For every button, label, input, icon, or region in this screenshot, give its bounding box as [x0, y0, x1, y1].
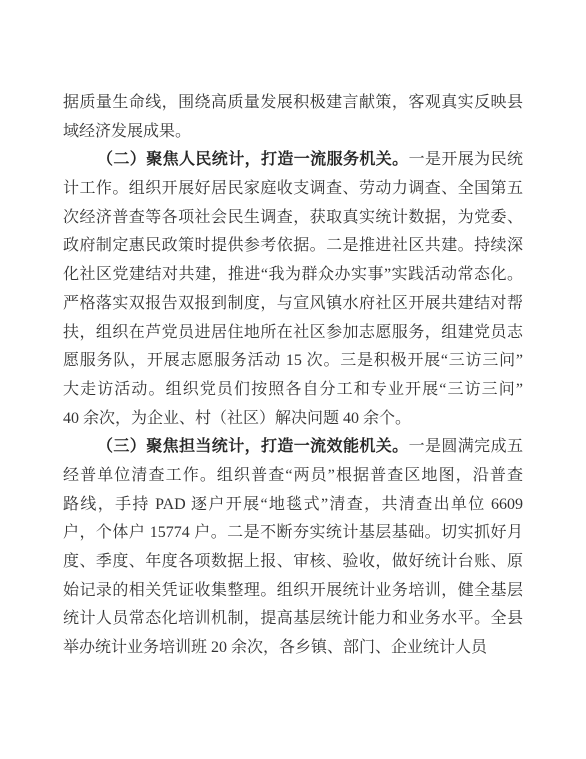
- text-line: 扶，组织在芦党员进居住地所在社区参加志愿服务，组建党员志: [63, 319, 523, 348]
- body-text: 始记录的相关凭证收集整理。组织开展统计业务培训，健全基层: [63, 582, 523, 599]
- body-text: 一是圆满完成五: [409, 438, 523, 455]
- document-page: 据质量生命线，围绕高质量发展积极建言献策，客观真实反映县域经济发展成果。（二）聚…: [0, 0, 586, 759]
- section-heading-text: （三）聚焦担当统计，打造一流效能机关。: [97, 438, 409, 455]
- text-line: 举办统计业务培训班 20 余次，各乡镇、部门、企业统计人员: [63, 634, 523, 663]
- text-line: 政府制定惠民政策时提供参考依据。二是推进社区共建。持续深: [63, 232, 523, 261]
- body-text: 40 余次，为企业、村（社区）解决问题 40 余个。: [63, 410, 411, 427]
- body-text: 计工作。组织开展好居民家庭收支调查、劳动力调查、全国第五: [63, 180, 523, 197]
- text-line: 路线，手持 PAD 逐户开展“地毯式”清查，共清查出单位 6609: [63, 491, 523, 520]
- text-line: 始记录的相关凭证收集整理。组织开展统计业务培训，健全基层: [63, 577, 523, 606]
- paragraph-first-line: （二）聚焦人民统计，打造一流服务机关。一是开展为民统: [63, 146, 523, 175]
- text-line: 严格落实双报告双报到制度，与宣风镇水府社区开展共建结对帮: [63, 290, 523, 319]
- text-line: 据质量生命线，围绕高质量发展积极建言献策，客观真实反映县: [63, 89, 523, 118]
- section-heading-text: （二）聚焦人民统计，打造一流服务机关。: [97, 151, 409, 168]
- body-text: 化社区党建结对共建，推进“我为群众办实事”实践活动常态化。: [63, 266, 523, 283]
- body-text: 严格落实双报告双报到制度，与宣风镇水府社区开展共建结对帮: [63, 295, 523, 312]
- body-text: 经普单位清查工作。组织普查“两员”根据普查区地图，沿普查: [63, 467, 523, 484]
- body-text: 一是开展为民统: [409, 151, 523, 168]
- text-line: 愿服务队，开展志愿服务活动 15 次。三是积极开展“三访三问”: [63, 347, 523, 376]
- text-line: 户，个体户 15774 户。二是不断夯实统计基层基础。切实抓好月: [63, 519, 523, 548]
- text-line: 化社区党建结对共建，推进“我为群众办实事”实践活动常态化。: [63, 261, 523, 290]
- text-line: 统计人员常态化培训机制，提高基层统计能力和业务水平。全县: [63, 605, 523, 634]
- body-text: 政府制定惠民政策时提供参考依据。二是推进社区共建。持续深: [63, 237, 523, 254]
- text-line: 40 余次，为企业、村（社区）解决问题 40 余个。: [63, 405, 523, 434]
- body-text: 路线，手持 PAD 逐户开展“地毯式”清查，共清查出单位 6609: [63, 496, 523, 513]
- body-text: 度、季度、年度各项数据上报、审核、验收，做好统计台账、原: [63, 553, 523, 570]
- text-line: 计工作。组织开展好居民家庭收支调查、劳动力调查、全国第五: [63, 175, 523, 204]
- paragraph-first-line: （三）聚焦担当统计，打造一流效能机关。一是圆满完成五: [63, 433, 523, 462]
- body-text: 愿服务队，开展志愿服务活动 15 次。三是积极开展“三访三问”: [63, 352, 523, 369]
- text-line: 度、季度、年度各项数据上报、审核、验收，做好统计台账、原: [63, 548, 523, 577]
- text-line: 次经济普查等各项社会民生调查，获取真实统计数据，为党委、: [63, 204, 523, 233]
- body-text: 据质量生命线，围绕高质量发展积极建言献策，客观真实反映县: [63, 94, 523, 111]
- body-text: 大走访活动。组织党员们按照各自分工和专业开展“三访三问”: [63, 381, 523, 398]
- text-line: 经普单位清查工作。组织普查“两员”根据普查区地图，沿普查: [63, 462, 523, 491]
- text-line: 域经济发展成果。: [63, 118, 523, 147]
- text-line: 大走访活动。组织党员们按照各自分工和专业开展“三访三问”: [63, 376, 523, 405]
- body-text: 域经济发展成果。: [63, 123, 191, 140]
- body-text: 举办统计业务培训班 20 余次，各乡镇、部门、企业统计人员: [63, 639, 487, 656]
- body-text: 户，个体户 15774 户。二是不断夯实统计基层基础。切实抓好月: [63, 524, 523, 541]
- body-text: 次经济普查等各项社会民生调查，获取真实统计数据，为党委、: [63, 209, 523, 226]
- body-text: 统计人员常态化培训机制，提高基层统计能力和业务水平。全县: [63, 610, 523, 627]
- body-text: 扶，组织在芦党员进居住地所在社区参加志愿服务，组建党员志: [63, 324, 523, 341]
- document-text-block: 据质量生命线，围绕高质量发展积极建言献策，客观真实反映县域经济发展成果。（二）聚…: [63, 89, 523, 663]
